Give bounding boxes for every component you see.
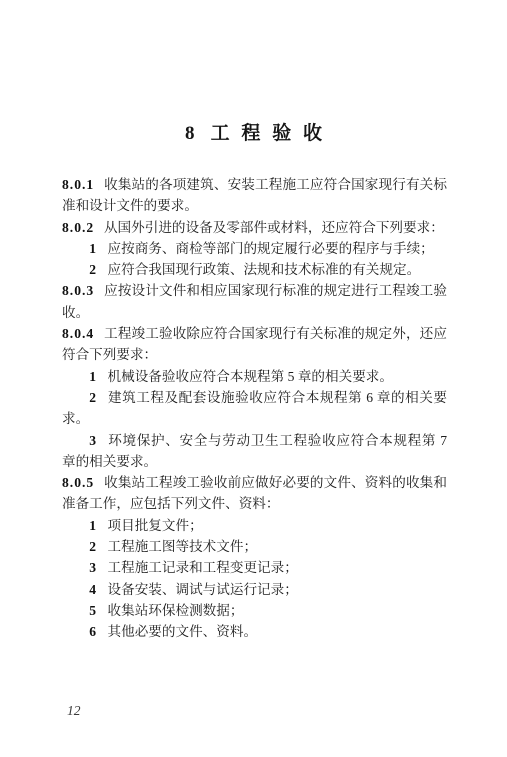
- list-item: 4设备安装、调试与试运行记录；: [62, 579, 447, 600]
- list-item: 2工程施工图等技术文件；: [62, 536, 447, 557]
- paragraph-number: 2: [89, 262, 96, 277]
- chapter-title: 8工程验收: [0, 118, 507, 145]
- paragraph-number: 8.0.3: [62, 283, 94, 298]
- clause-paragraph: 8.0.4工程竣工验收除应符合国家现行有关标准的规定外，还应符合下列要求：: [62, 323, 447, 366]
- paragraph-number: 3: [89, 560, 96, 575]
- list-item: 1项目批复文件；: [62, 515, 447, 536]
- list-item: 1应按商务、商检等部门的规定履行必要的程序与手续；: [62, 238, 447, 259]
- paragraph-text: 项目批复文件；: [108, 518, 203, 533]
- clause-paragraph: 8.0.2从国外引进的设备及零部件或材料，还应符合下列要求：: [62, 217, 447, 238]
- paragraph-text: 工程竣工验收除应符合国家现行有关标准的规定外，还应符合下列要求：: [62, 326, 447, 362]
- paragraph-number: 8.0.4: [62, 326, 94, 341]
- clause-paragraph: 8.0.1收集站的各项建筑、安装工程施工应符合国家现行有关标准和设计文件的要求。: [62, 174, 447, 217]
- paragraph-number: 3: [89, 433, 96, 448]
- chapter-name: 工程验收: [211, 123, 334, 144]
- clause-paragraph: 8.0.5收集站工程竣工验收前应做好必要的文件、资料的收集和准备工作，应包括下列…: [62, 472, 447, 515]
- page-number: 12: [67, 703, 81, 719]
- list-item: 2建筑工程及配套设施验收应符合本规程第 6 章的相关要求。: [62, 387, 447, 430]
- chapter-number: 8: [185, 123, 195, 144]
- clause-list: 8.0.1收集站的各项建筑、安装工程施工应符合国家现行有关标准和设计文件的要求。…: [62, 174, 447, 643]
- paragraph-number: 4: [89, 582, 96, 597]
- paragraph-text: 应符合我国现行政策、法规和技术标准的有关规定。: [108, 262, 421, 277]
- paragraph-number: 1: [89, 369, 96, 384]
- paragraph-number: 8.0.2: [62, 220, 94, 235]
- paragraph-text: 其他必要的文件、资料。: [108, 624, 258, 639]
- paragraph-text: 从国外引进的设备及零部件或材料，还应符合下列要求：: [104, 220, 444, 235]
- paragraph-text: 环境保护、安全与劳动卫生工程验收应符合本规程第 7 章的相关要求。: [62, 433, 447, 469]
- list-item: 2应符合我国现行政策、法规和技术标准的有关规定。: [62, 259, 447, 280]
- paragraph-text: 收集站工程竣工验收前应做好必要的文件、资料的收集和准备工作，应包括下列文件、资料…: [62, 475, 447, 511]
- paragraph-number: 5: [89, 603, 96, 618]
- list-item: 3工程施工记录和工程变更记录；: [62, 557, 447, 578]
- list-item: 3环境保护、安全与劳动卫生工程验收应符合本规程第 7 章的相关要求。: [62, 430, 447, 473]
- paragraph-text: 应按商务、商检等部门的规定履行必要的程序与手续；: [108, 241, 434, 256]
- list-item: 5收集站环保检测数据；: [62, 600, 447, 621]
- paragraph-text: 建筑工程及配套设施验收应符合本规程第 6 章的相关要求。: [62, 390, 447, 426]
- paragraph-text: 工程施工图等技术文件；: [108, 539, 258, 554]
- paragraph-number: 1: [89, 518, 96, 533]
- paragraph-text: 收集站环保检测数据；: [108, 603, 244, 618]
- paragraph-number: 1: [89, 241, 96, 256]
- paragraph-number: 2: [89, 539, 96, 554]
- paragraph-number: 8.0.5: [62, 475, 94, 490]
- document-page: 8工程验收 8.0.1收集站的各项建筑、安装工程施工应符合国家现行有关标准和设计…: [0, 0, 507, 757]
- paragraph-text: 机械设备验收应符合本规程第 5 章的相关要求。: [108, 369, 393, 384]
- paragraph-number: 2: [89, 390, 96, 405]
- clause-paragraph: 8.0.3应按设计文件和相应国家现行标准的规定进行工程竣工验收。: [62, 280, 447, 323]
- list-item: 6其他必要的文件、资料。: [62, 621, 447, 642]
- paragraph-text: 应按设计文件和相应国家现行标准的规定进行工程竣工验收。: [62, 283, 447, 319]
- list-item: 1机械设备验收应符合本规程第 5 章的相关要求。: [62, 366, 447, 387]
- paragraph-text: 设备安装、调试与试运行记录；: [108, 582, 298, 597]
- paragraph-text: 工程施工记录和工程变更记录；: [108, 560, 298, 575]
- paragraph-text: 收集站的各项建筑、安装工程施工应符合国家现行有关标准和设计文件的要求。: [62, 177, 447, 213]
- paragraph-number: 6: [89, 624, 96, 639]
- paragraph-number: 8.0.1: [62, 177, 94, 192]
